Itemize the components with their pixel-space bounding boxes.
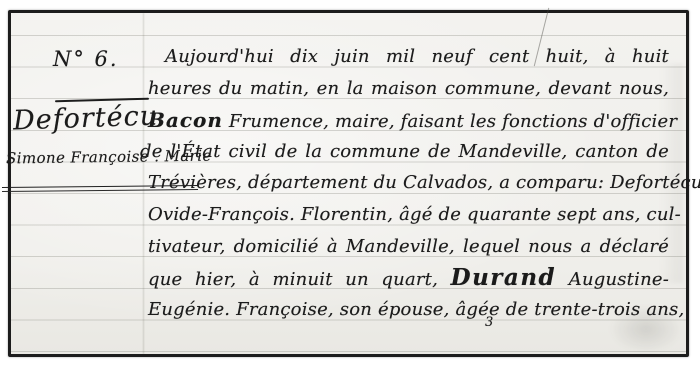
mayor-surname: Bacon <box>148 108 223 132</box>
page-mark: 3 <box>485 315 493 330</box>
vertical-crease <box>143 13 144 354</box>
record-line-1: Aujourd'hui dix juin mil neuf cent huit,… <box>165 42 669 72</box>
record-line-8-pre: que hier, à minuit un quart, <box>148 269 451 290</box>
record-line-7: tivateur, domicilié à Mandeville, lequel… <box>148 232 669 262</box>
record-line-3: Bacon Frumence, maire, faisant les fonct… <box>148 105 669 135</box>
margin-surname: Defortécu <box>13 100 159 136</box>
record-line-4: de l'État civil de la commune de Mandevi… <box>140 137 669 167</box>
registry-scan: N° 6. Defortécu Simone Françoise . Marie… <box>0 0 700 369</box>
record-line-5: Trévières, département du Calvados, a co… <box>148 168 669 198</box>
record-line-9: Eugénie. Françoise, son épouse, âgée de … <box>148 295 669 325</box>
record-line-8-post: Augustine- <box>556 269 669 290</box>
record-line-2: heures du matin, en la maison commune, d… <box>148 74 669 104</box>
record-line-8: que hier, à minuit un quart, Durand Augu… <box>148 263 669 293</box>
record-line-6: Ovide-François. Florentin, âgé de quaran… <box>148 200 669 230</box>
act-number: N° 6. <box>53 47 119 71</box>
spouse-surname: Durand <box>451 264 557 291</box>
scan-frame: N° 6. Defortécu Simone Françoise . Marie… <box>8 10 689 357</box>
record-line-3-text: Frumence, maire, faisant les fonctions d… <box>223 111 677 132</box>
